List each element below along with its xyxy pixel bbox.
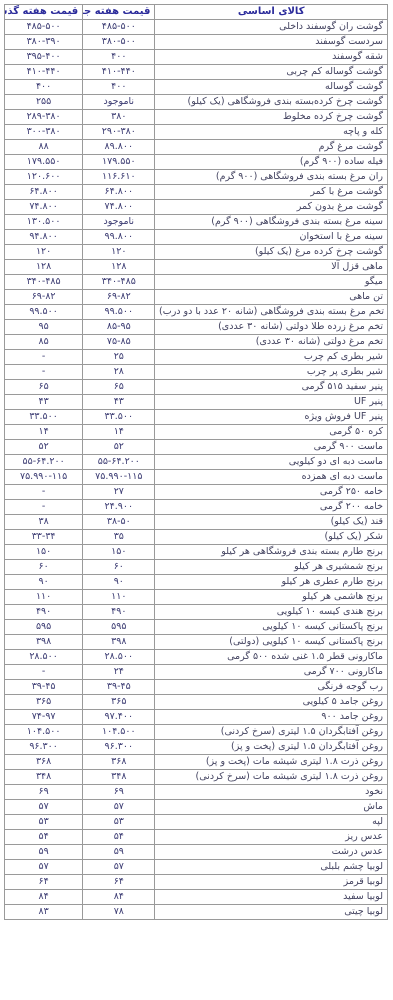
current-week-price-cell: ۶۴.۸۰۰ — [83, 185, 155, 200]
item-name-cell: خامه ۲۰۰ گرمی — [155, 500, 388, 515]
current-week-price-cell: ۳۶۸ — [83, 755, 155, 770]
previous-week-price-cell: ۹۵ — [5, 320, 83, 335]
table-row: فیله ساده (۹۰۰ گرم)۱۷۹.۵۵۰۱۷۹.۵۵۰ — [5, 155, 388, 170]
item-name-cell: برنج طارم بسته بندی فروشگاهی هر کیلو — [155, 545, 388, 560]
item-name-cell: ماست دبه ای همزده — [155, 470, 388, 485]
table-row: روغن آفتابگردان ۱.۵ لیتری (پخت و پز)۹۶.۳… — [5, 740, 388, 755]
previous-week-price-cell: ۱۵۰ — [5, 545, 83, 560]
table-row: برنج پاکستانی کیسه ۱۰ کیلویی۵۹۵۵۹۵ — [5, 620, 388, 635]
current-week-price-cell: ۴۸۵-۵۰۰ — [83, 20, 155, 35]
table-row: عدس ریز۵۴۵۴ — [5, 830, 388, 845]
table-row: شیر بطری کم چرب۲۵- — [5, 350, 388, 365]
previous-week-price-cell: ۱۳۰.۵۰۰ — [5, 215, 83, 230]
table-row: سینه مرغ با استخوان۹۹.۸۰۰۹۴.۸۰۰ — [5, 230, 388, 245]
item-name-cell: خامه ۲۵۰ گرمی — [155, 485, 388, 500]
current-week-price-cell: ۵۴ — [83, 830, 155, 845]
table-row: ماش۵۷۵۷ — [5, 800, 388, 815]
item-name-cell: روغن جامد ۵ کیلویی — [155, 695, 388, 710]
previous-week-price-cell: ۳۴۸ — [5, 770, 83, 785]
current-week-price-cell: ۹۹.۵۰۰ — [83, 305, 155, 320]
header-previous-week-column: قیمت هفته گذشته — [5, 5, 83, 20]
previous-week-price-cell: ۶۴.۸۰۰ — [5, 185, 83, 200]
table-row: لپه۵۳۵۳ — [5, 815, 388, 830]
item-name-cell: پنیر UF فروش ویژه — [155, 410, 388, 425]
table-row: برنج طارم عطری هر کیلو۹۰۹۰ — [5, 575, 388, 590]
header-current-week-column: قیمت هفته جاری — [83, 5, 155, 20]
current-week-price-cell: ۶۹ — [83, 785, 155, 800]
current-week-price-cell: ۲۵ — [83, 350, 155, 365]
current-week-price-cell: ۵۹ — [83, 845, 155, 860]
item-name-cell: پنیر UF — [155, 395, 388, 410]
item-name-cell: روغن آفتابگردان ۱.۵ لیتری (پخت و پز) — [155, 740, 388, 755]
current-week-price-cell: ۸۹.۸۰۰ — [83, 140, 155, 155]
current-week-price-cell: ۷۵.۹۹۰-۱۱۵ — [83, 470, 155, 485]
table-row: ماست دبه ای دو کیلویی۵۵-۶۴.۲۰۰۵۵-۶۴.۲۰۰ — [5, 455, 388, 470]
table-row: میگو۳۴۰-۴۸۵۳۴۰-۴۸۵ — [5, 275, 388, 290]
previous-week-price-cell: ۲۵۵ — [5, 95, 83, 110]
table-row: گوشت گوساله کم چربی۴۱۰-۴۴۰۴۱۰-۴۴۰ — [5, 65, 388, 80]
previous-week-price-cell: ۳۳-۳۴ — [5, 530, 83, 545]
table-row: روغن جامد ۵ کیلویی۳۶۵۳۶۵ — [5, 695, 388, 710]
current-week-price-cell: ۴۹۰ — [83, 605, 155, 620]
previous-week-price-cell: ۱۱۰ — [5, 590, 83, 605]
basic-goods-price-table: کالای اساسی قیمت هفته جاری قیمت هفته گذش… — [4, 4, 388, 920]
table-row: لوبیا قرمز۶۴۶۴ — [5, 875, 388, 890]
item-name-cell: گوشت چرخ کرده مرغ (یک کیلو) — [155, 245, 388, 260]
item-name-cell: روغن جامد ۹۰۰ — [155, 710, 388, 725]
current-week-price-cell: ۳۸-۵۰ — [83, 515, 155, 530]
previous-week-price-cell: ۹۹.۵۰۰ — [5, 305, 83, 320]
current-week-price-cell: ۲۸.۵۰۰ — [83, 650, 155, 665]
previous-week-price-cell: ۵۵-۶۴.۲۰۰ — [5, 455, 83, 470]
previous-week-price-cell: - — [5, 350, 83, 365]
table-row: گوشت گوساله۴۰۰۴۰۰ — [5, 80, 388, 95]
current-week-price-cell: ۵۲ — [83, 440, 155, 455]
previous-week-price-cell: ۵۷ — [5, 800, 83, 815]
table-row: کله و پاچه۲۹۰-۳۸۰۳۰۰-۳۸۰ — [5, 125, 388, 140]
item-name-cell: برنج هندی کیسه ۱۰ کیلویی — [155, 605, 388, 620]
item-name-cell: گوشت گوساله — [155, 80, 388, 95]
current-week-price-cell: ۷۴.۸۰۰ — [83, 200, 155, 215]
table-row: گوشت چرخ کرده مرغ (یک کیلو)۱۲۰۱۲۰ — [5, 245, 388, 260]
current-week-price-cell: ۳۵ — [83, 530, 155, 545]
table-row: خامه ۲۰۰ گرمی۲۴.۹۰۰- — [5, 500, 388, 515]
table-row: ماکارونی قطر ۱.۵ غنی شده ۵۰۰ گرمی۲۸.۵۰۰۲… — [5, 650, 388, 665]
previous-week-price-cell: ۴۱۰-۴۴۰ — [5, 65, 83, 80]
current-week-price-cell: ۱۴ — [83, 425, 155, 440]
previous-week-price-cell: ۷۴-۹۷ — [5, 710, 83, 725]
item-name-cell: ران مرغ بسته بندی فروشگاهی (۹۰۰ گرم) — [155, 170, 388, 185]
current-week-price-cell: ۱۰۴.۵۰۰ — [83, 725, 155, 740]
previous-week-price-cell: ۱۰۴.۵۰۰ — [5, 725, 83, 740]
current-week-price-cell: ۵۷ — [83, 860, 155, 875]
table-row: روغن ذرت ۱.۸ لیتری شیشه مات (پخت و پز)۳۶… — [5, 755, 388, 770]
table-row: پنیر UF فروش ویژه۳۳.۵۰۰۳۳.۵۰۰ — [5, 410, 388, 425]
table-row: روغن ذرت ۱.۸ لیتری شیشه مات (سرخ کردنی)۳… — [5, 770, 388, 785]
item-name-cell: کله و پاچه — [155, 125, 388, 140]
current-week-price-cell: ۶۴ — [83, 875, 155, 890]
previous-week-price-cell: ۵۴ — [5, 830, 83, 845]
item-name-cell: گوشت مرغ گرم — [155, 140, 388, 155]
table-row: عدس درشت۵۹۵۹ — [5, 845, 388, 860]
previous-week-price-cell: ۹۰ — [5, 575, 83, 590]
item-name-cell: میگو — [155, 275, 388, 290]
item-name-cell: روغن ذرت ۱.۸ لیتری شیشه مات (سرخ کردنی) — [155, 770, 388, 785]
current-week-price-cell: ۹۰ — [83, 575, 155, 590]
table-row: لوبیا سفید۸۴۸۴ — [5, 890, 388, 905]
header-item-column: کالای اساسی — [155, 5, 388, 20]
previous-week-price-cell: ۸۴ — [5, 890, 83, 905]
current-week-price-cell: ۴۳ — [83, 395, 155, 410]
item-name-cell: گوشت چرخ کرده‌بسته بندی فروشگاهی (یک کیل… — [155, 95, 388, 110]
table-row: پنیر UF۴۳۴۳ — [5, 395, 388, 410]
current-week-price-cell: ۳۴۸ — [83, 770, 155, 785]
table-row: لوبیا چیتی۷۸۸۳ — [5, 905, 388, 920]
table-row: گوشت چرخ کرده مخلوط۳۸۰۲۸۹-۳۸۰ — [5, 110, 388, 125]
previous-week-price-cell: ۳۶۵ — [5, 695, 83, 710]
table-row: گوشت مرغ بدون کمر۷۴.۸۰۰۷۴.۸۰۰ — [5, 200, 388, 215]
current-week-price-cell: ۶۵ — [83, 380, 155, 395]
table-row: لوبیا چشم بلبلی۵۷۵۷ — [5, 860, 388, 875]
previous-week-price-cell: ۳۰۰-۳۸۰ — [5, 125, 83, 140]
item-name-cell: شیر بطری کم چرب — [155, 350, 388, 365]
item-name-cell: کره ۵۰ گرمی — [155, 425, 388, 440]
current-week-price-cell: ۵۵-۶۴.۲۰۰ — [83, 455, 155, 470]
previous-week-price-cell: ۵۲ — [5, 440, 83, 455]
previous-week-price-cell: ۸۸ — [5, 140, 83, 155]
table-row: برنج پاکستانی کیسه ۱۰ کیلویی (دولتی)۳۹۸۳… — [5, 635, 388, 650]
previous-week-price-cell: ۶۴ — [5, 875, 83, 890]
current-week-price-cell: ۸۴ — [83, 890, 155, 905]
table-row: گوشت مرغ گرم۸۹.۸۰۰۸۸ — [5, 140, 388, 155]
item-name-cell: عدس ریز — [155, 830, 388, 845]
item-name-cell: برنج طارم عطری هر کیلو — [155, 575, 388, 590]
previous-week-price-cell: ۱۷۹.۵۵۰ — [5, 155, 83, 170]
table-row: سردست گوسفند۳۸۰-۵۰۰۳۸۰-۳۹۰ — [5, 35, 388, 50]
current-week-price-cell: ۱۲۰ — [83, 245, 155, 260]
current-week-price-cell: ۵۹۵ — [83, 620, 155, 635]
previous-week-price-cell: ۱۴ — [5, 425, 83, 440]
current-week-price-cell: ۸۵-۹۵ — [83, 320, 155, 335]
current-week-price-cell: ناموجود — [83, 215, 155, 230]
item-name-cell: ماهی قزل آلا — [155, 260, 388, 275]
current-week-price-cell: ۳۹۸ — [83, 635, 155, 650]
table-row: قند (یک کیلو)۳۸-۵۰۳۸ — [5, 515, 388, 530]
table-header: کالای اساسی قیمت هفته جاری قیمت هفته گذش… — [5, 5, 388, 20]
table-row: گوشت مرغ با کمر۶۴.۸۰۰۶۴.۸۰۰ — [5, 185, 388, 200]
previous-week-price-cell: ۶۹ — [5, 785, 83, 800]
current-week-price-cell: ۱۱۰ — [83, 590, 155, 605]
item-name-cell: گوشت ران گوسفند داخلی — [155, 20, 388, 35]
current-week-price-cell: ۵۷ — [83, 800, 155, 815]
header-row: کالای اساسی قیمت هفته جاری قیمت هفته گذش… — [5, 5, 388, 20]
previous-week-price-cell: ۹۴.۸۰۰ — [5, 230, 83, 245]
table-row: شقه گوسفند۴۰۰۳۹۵-۴۰۰ — [5, 50, 388, 65]
table-row: گوشت ران گوسفند داخلی۴۸۵-۵۰۰۴۸۵-۵۰۰ — [5, 20, 388, 35]
previous-week-price-cell: ۲۸.۵۰۰ — [5, 650, 83, 665]
item-name-cell: فیله ساده (۹۰۰ گرم) — [155, 155, 388, 170]
item-name-cell: گوشت گوساله کم چربی — [155, 65, 388, 80]
current-week-price-cell: ۹۹.۸۰۰ — [83, 230, 155, 245]
current-week-price-cell: ۲۸ — [83, 365, 155, 380]
page: کالای اساسی قیمت هفته جاری قیمت هفته گذش… — [0, 4, 393, 1000]
item-name-cell: ماش — [155, 800, 388, 815]
previous-week-price-cell: ۸۳ — [5, 905, 83, 920]
table-row: روغن آفتابگردان ۱.۵ لیتری (سرخ کردنی)۱۰۴… — [5, 725, 388, 740]
current-week-price-cell: ۱۱۶.۶۱۰ — [83, 170, 155, 185]
item-name-cell: لپه — [155, 815, 388, 830]
previous-week-price-cell: ۶۵ — [5, 380, 83, 395]
current-week-price-cell: ۱۲۸ — [83, 260, 155, 275]
table-row: ماکارونی ۷۰۰ گرمی۲۴- — [5, 665, 388, 680]
current-week-price-cell: ۳۶۵ — [83, 695, 155, 710]
table-row: ران مرغ بسته بندی فروشگاهی (۹۰۰ گرم)۱۱۶.… — [5, 170, 388, 185]
previous-week-price-cell: ۱۲۰ — [5, 245, 83, 260]
item-name-cell: سینه مرغ با استخوان — [155, 230, 388, 245]
current-week-price-cell: ۵۳ — [83, 815, 155, 830]
table-row: رب گوجه فرنگی۳۹-۴۵۳۹-۴۵ — [5, 680, 388, 695]
current-week-price-cell: ۱۵۰ — [83, 545, 155, 560]
current-week-price-cell: ۲۷ — [83, 485, 155, 500]
table-row: گوشت چرخ کرده‌بسته بندی فروشگاهی (یک کیل… — [5, 95, 388, 110]
current-week-price-cell: ۹۶.۳۰۰ — [83, 740, 155, 755]
table-row: ماست دبه ای همزده۷۵.۹۹۰-۱۱۵۷۵.۹۹۰-۱۱۵ — [5, 470, 388, 485]
previous-week-price-cell: - — [5, 500, 83, 515]
item-name-cell: لوبیا سفید — [155, 890, 388, 905]
item-name-cell: تن ماهی — [155, 290, 388, 305]
previous-week-price-cell: - — [5, 365, 83, 380]
table-row: تن ماهی۶۹-۸۲۶۹-۸۲ — [5, 290, 388, 305]
previous-week-price-cell: ۷۴.۸۰۰ — [5, 200, 83, 215]
item-name-cell: روغن ذرت ۱.۸ لیتری شیشه مات (پخت و پز) — [155, 755, 388, 770]
table-row: تخم مرغ زرده طلا دولتی (شانه ۳۰ عددی)۸۵-… — [5, 320, 388, 335]
item-name-cell: سینه مرغ بسته بندی فروشگاهی (۹۰۰ گرم) — [155, 215, 388, 230]
previous-week-price-cell: ۱۲۸ — [5, 260, 83, 275]
item-name-cell: گوشت مرغ بدون کمر — [155, 200, 388, 215]
item-name-cell: برنج پاکستانی کیسه ۱۰ کیلویی (دولتی) — [155, 635, 388, 650]
item-name-cell: شکر (یک کیلو) — [155, 530, 388, 545]
item-name-cell: شیر بطری پر چرب — [155, 365, 388, 380]
previous-week-price-cell: - — [5, 485, 83, 500]
current-week-price-cell: ۴۱۰-۴۴۰ — [83, 65, 155, 80]
current-week-price-cell: ۷۵-۸۵ — [83, 335, 155, 350]
previous-week-price-cell: ۳۴۰-۴۸۵ — [5, 275, 83, 290]
item-name-cell: شقه گوسفند — [155, 50, 388, 65]
table-row: تخم مرغ بسته بندی فروشگاهی (شانه ۲۰ عدد … — [5, 305, 388, 320]
item-name-cell: تخم مرغ زرده طلا دولتی (شانه ۳۰ عددی) — [155, 320, 388, 335]
item-name-cell: لوبیا چیتی — [155, 905, 388, 920]
item-name-cell: ماست دبه ای دو کیلویی — [155, 455, 388, 470]
previous-week-price-cell: ۳۹۸ — [5, 635, 83, 650]
previous-week-price-cell: ۴۰۰ — [5, 80, 83, 95]
item-name-cell: نخود — [155, 785, 388, 800]
item-name-cell: پنیر سفید ۵۱۵ گرمی — [155, 380, 388, 395]
item-name-cell: برنج پاکستانی کیسه ۱۰ کیلویی — [155, 620, 388, 635]
previous-week-price-cell: ۶۰ — [5, 560, 83, 575]
previous-week-price-cell: ۳۸۰-۳۹۰ — [5, 35, 83, 50]
item-name-cell: ماکارونی قطر ۱.۵ غنی شده ۵۰۰ گرمی — [155, 650, 388, 665]
table-row: برنج هندی کیسه ۱۰ کیلویی۴۹۰۴۹۰ — [5, 605, 388, 620]
current-week-price-cell: ۱۷۹.۵۵۰ — [83, 155, 155, 170]
item-name-cell: قند (یک کیلو) — [155, 515, 388, 530]
table-row: کره ۵۰ گرمی۱۴۱۴ — [5, 425, 388, 440]
previous-week-price-cell: ۶۹-۸۲ — [5, 290, 83, 305]
item-name-cell: رب گوجه فرنگی — [155, 680, 388, 695]
table-row: شکر (یک کیلو)۳۵۳۳-۳۴ — [5, 530, 388, 545]
current-week-price-cell: ۲۴ — [83, 665, 155, 680]
current-week-price-cell: ۳۴۰-۴۸۵ — [83, 275, 155, 290]
previous-week-price-cell: ۲۸۹-۳۸۰ — [5, 110, 83, 125]
table-row: سینه مرغ بسته بندی فروشگاهی (۹۰۰ گرم)نام… — [5, 215, 388, 230]
table-row: خامه ۲۵۰ گرمی۲۷- — [5, 485, 388, 500]
table-row: ماهی قزل آلا۱۲۸۱۲۸ — [5, 260, 388, 275]
previous-week-price-cell: ۳۸ — [5, 515, 83, 530]
previous-week-price-cell: ۳۶۸ — [5, 755, 83, 770]
previous-week-price-cell: ۳۳.۵۰۰ — [5, 410, 83, 425]
current-week-price-cell: ناموجود — [83, 95, 155, 110]
item-name-cell: برنج شمشیری هر کیلو — [155, 560, 388, 575]
previous-week-price-cell: ۵۷ — [5, 860, 83, 875]
previous-week-price-cell: ۴۳ — [5, 395, 83, 410]
item-name-cell: ماکارونی ۷۰۰ گرمی — [155, 665, 388, 680]
item-name-cell: لوبیا قرمز — [155, 875, 388, 890]
item-name-cell: سردست گوسفند — [155, 35, 388, 50]
table-row: برنج هاشمی هر کیلو۱۱۰۱۱۰ — [5, 590, 388, 605]
previous-week-price-cell: ۱۲۰.۶۰۰ — [5, 170, 83, 185]
previous-week-price-cell: ۴۸۵-۵۰۰ — [5, 20, 83, 35]
current-week-price-cell: ۳۳.۵۰۰ — [83, 410, 155, 425]
table-row: برنج شمشیری هر کیلو۶۰۶۰ — [5, 560, 388, 575]
item-name-cell: گوشت چرخ کرده مخلوط — [155, 110, 388, 125]
current-week-price-cell: ۲۴.۹۰۰ — [83, 500, 155, 515]
table-body: گوشت ران گوسفند داخلی۴۸۵-۵۰۰۴۸۵-۵۰۰سردست… — [5, 20, 388, 920]
item-name-cell: روغن آفتابگردان ۱.۵ لیتری (سرخ کردنی) — [155, 725, 388, 740]
current-week-price-cell: ۳۹-۴۵ — [83, 680, 155, 695]
table-row: پنیر سفید ۵۱۵ گرمی۶۵۶۵ — [5, 380, 388, 395]
item-name-cell: عدس درشت — [155, 845, 388, 860]
table-row: شیر بطری پر چرب۲۸- — [5, 365, 388, 380]
previous-week-price-cell: ۴۹۰ — [5, 605, 83, 620]
item-name-cell: برنج هاشمی هر کیلو — [155, 590, 388, 605]
item-name-cell: تخم مرغ دولتی (شانه ۳۰ عددی) — [155, 335, 388, 350]
current-week-price-cell: ۶۰ — [83, 560, 155, 575]
current-week-price-cell: ۲۹۰-۳۸۰ — [83, 125, 155, 140]
table-row: ماست ۹۰۰ گرمی۵۲۵۲ — [5, 440, 388, 455]
table-row: روغن جامد ۹۰۰۹۷.۴۰۰۷۴-۹۷ — [5, 710, 388, 725]
previous-week-price-cell: ۸۵ — [5, 335, 83, 350]
current-week-price-cell: ۹۷.۴۰۰ — [83, 710, 155, 725]
item-name-cell: لوبیا چشم بلبلی — [155, 860, 388, 875]
previous-week-price-cell: ۵۳ — [5, 815, 83, 830]
current-week-price-cell: ۴۰۰ — [83, 50, 155, 65]
table-row: تخم مرغ دولتی (شانه ۳۰ عددی)۷۵-۸۵۸۵ — [5, 335, 388, 350]
previous-week-price-cell: ۳۹۵-۴۰۰ — [5, 50, 83, 65]
table-row: برنج طارم بسته بندی فروشگاهی هر کیلو۱۵۰۱… — [5, 545, 388, 560]
previous-week-price-cell: ۷۵.۹۹۰-۱۱۵ — [5, 470, 83, 485]
table-row: نخود۶۹۶۹ — [5, 785, 388, 800]
current-week-price-cell: ۳۸۰-۵۰۰ — [83, 35, 155, 50]
item-name-cell: ماست ۹۰۰ گرمی — [155, 440, 388, 455]
item-name-cell: تخم مرغ بسته بندی فروشگاهی (شانه ۲۰ عدد … — [155, 305, 388, 320]
previous-week-price-cell: ۵۹۵ — [5, 620, 83, 635]
previous-week-price-cell: ۵۹ — [5, 845, 83, 860]
previous-week-price-cell: ۳۹-۴۵ — [5, 680, 83, 695]
current-week-price-cell: ۶۹-۸۲ — [83, 290, 155, 305]
previous-week-price-cell: ۹۶.۳۰۰ — [5, 740, 83, 755]
item-name-cell: گوشت مرغ با کمر — [155, 185, 388, 200]
current-week-price-cell: ۷۸ — [83, 905, 155, 920]
previous-week-price-cell: - — [5, 665, 83, 680]
current-week-price-cell: ۳۸۰ — [83, 110, 155, 125]
current-week-price-cell: ۴۰۰ — [83, 80, 155, 95]
